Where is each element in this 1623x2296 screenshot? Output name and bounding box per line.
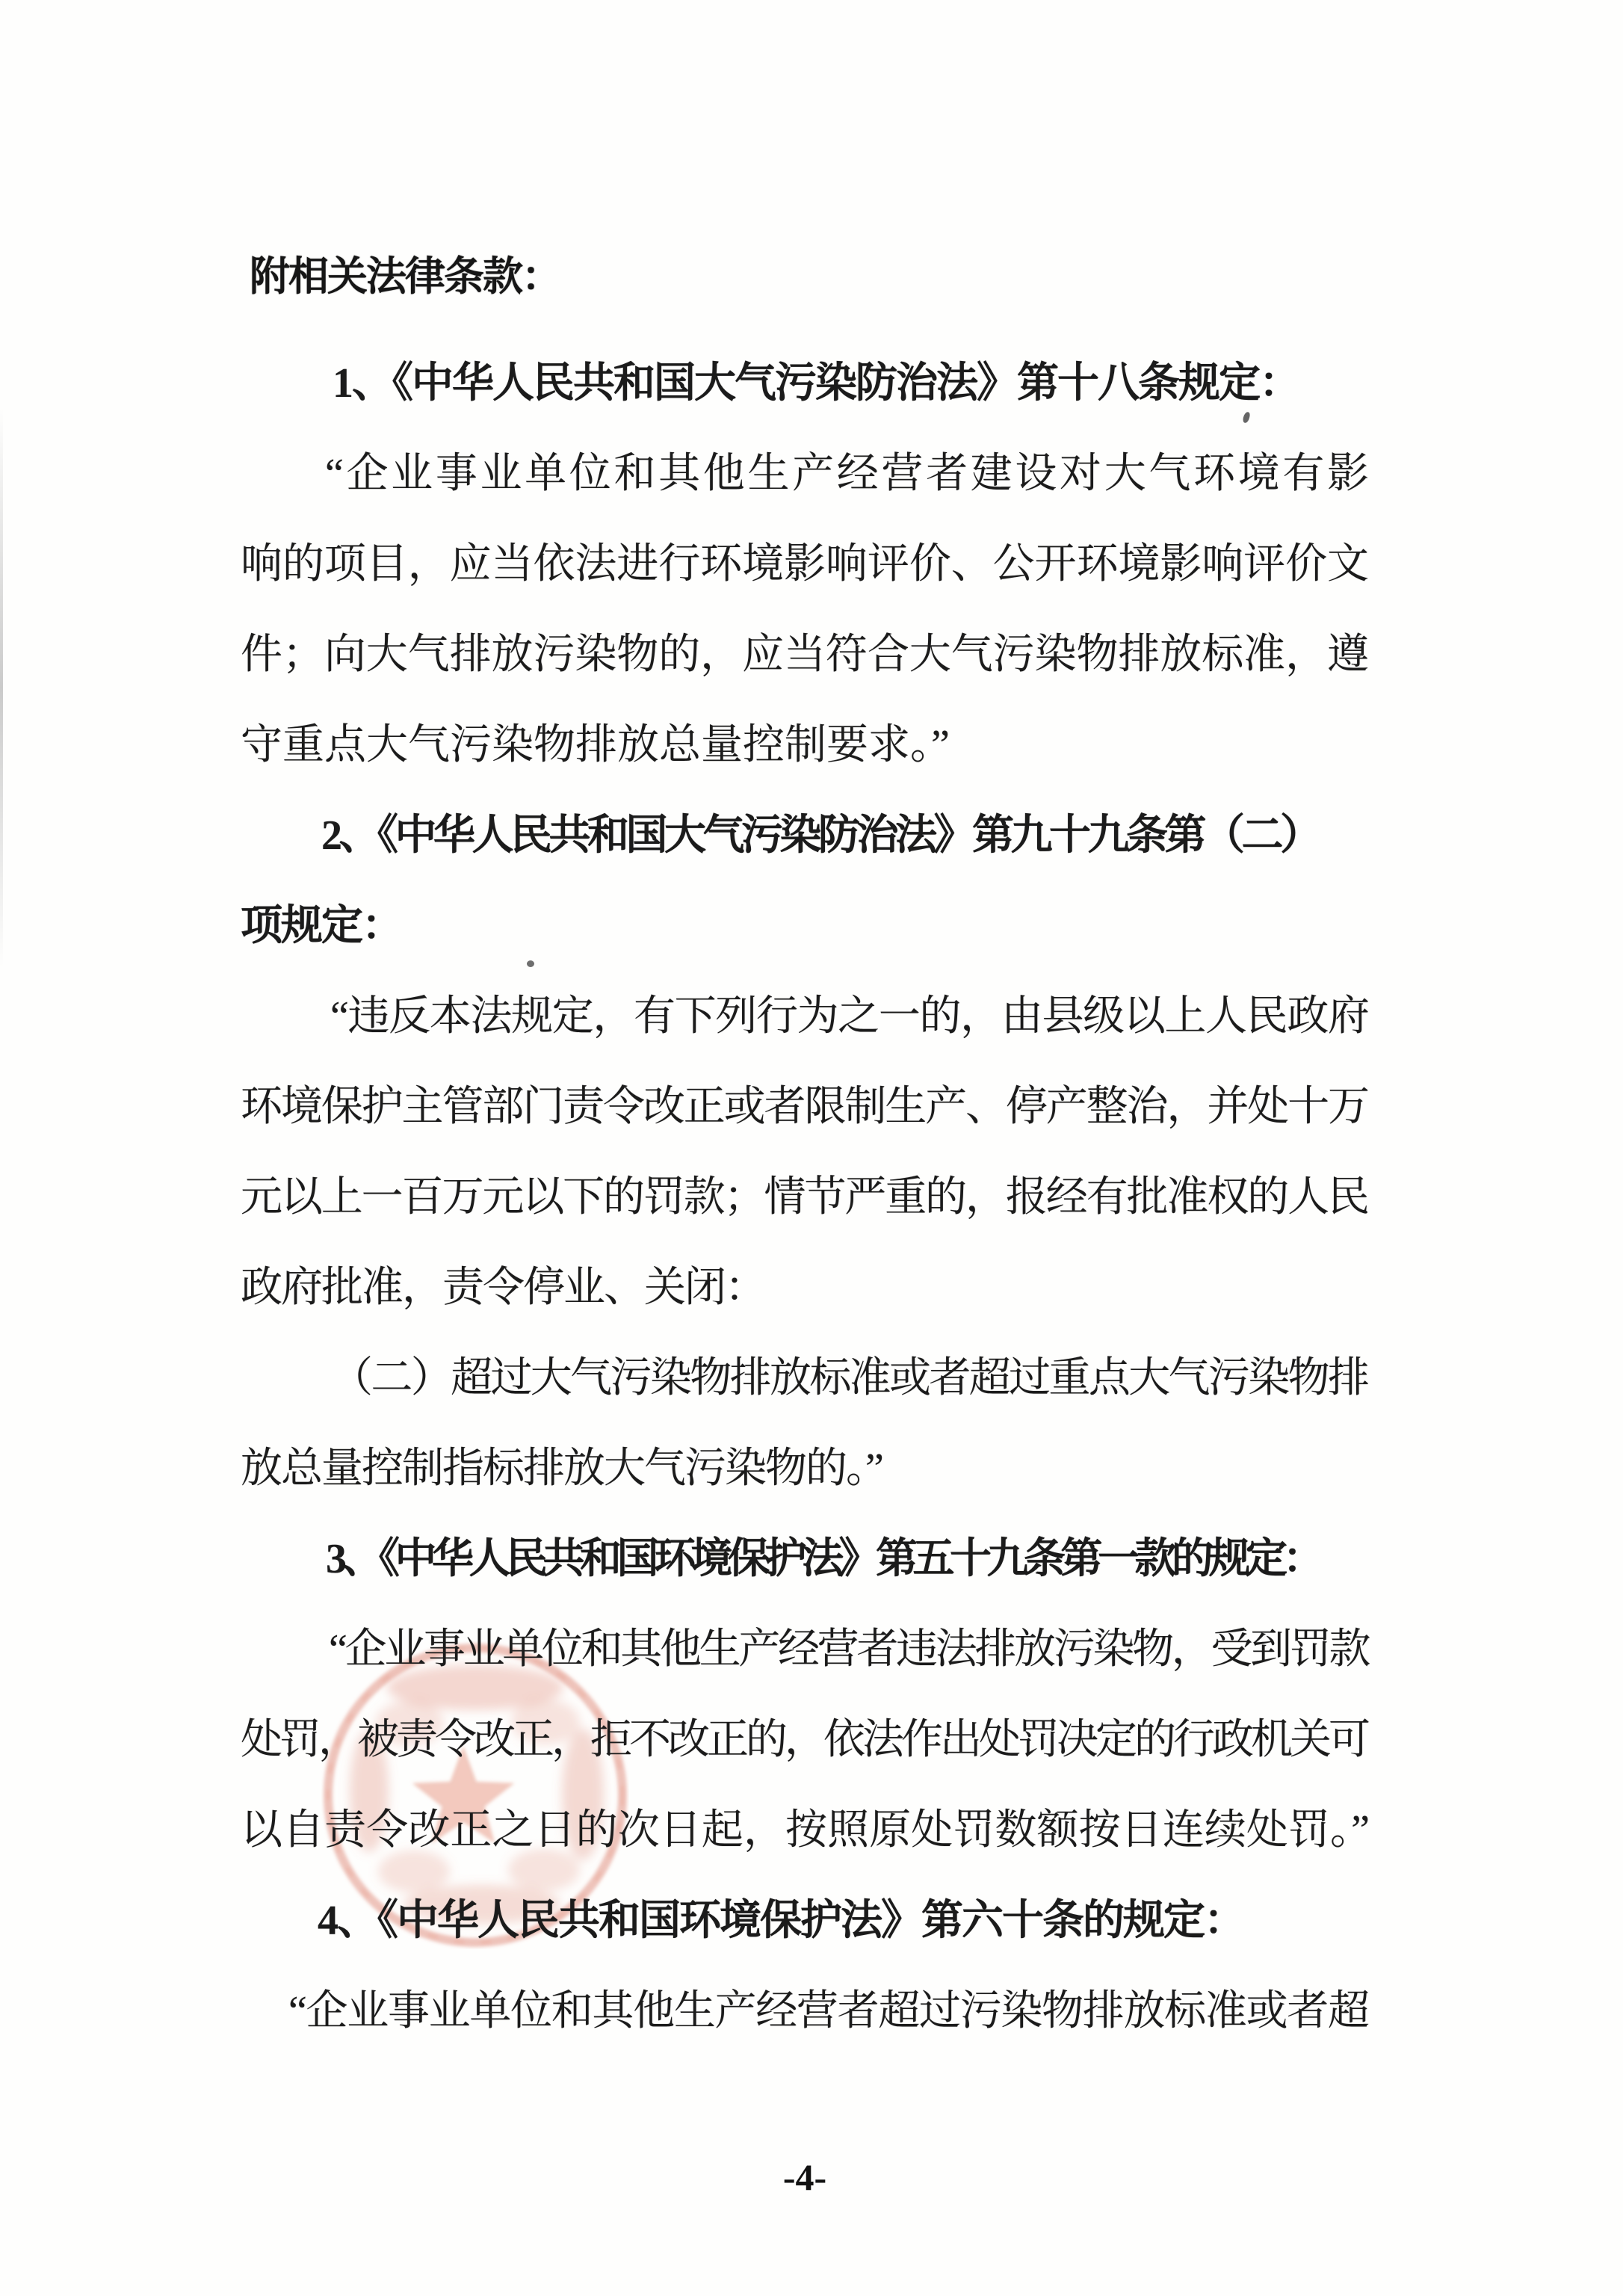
document-line: “企业事业单位和其他生产经营者建设对大气环境有影	[325, 447, 1367, 501]
document-line: “企业事业单位和其他生产经营者违法排放污染物，受到罚款	[329, 1623, 1367, 1676]
section-heading: 附相关法律条款：	[250, 249, 560, 304]
document-line: 处罚，被责令改正，拒不改正的，依法作出处罚决定的行政机关可	[241, 1713, 1367, 1767]
scan-speckle	[1242, 411, 1250, 423]
document-line: 元以上一百万元以下的罚款；情节严重的，报经有批准权的人民	[241, 1170, 1367, 1224]
document-line: “企业事业单位和其他生产经营者超过污染物排放标准或者超	[288, 1984, 1367, 2038]
statute-heading-line: 4、《中华人民共和国环境保护法》第六十条的规定：	[318, 1894, 1244, 1948]
page-number: -4-	[730, 2155, 879, 2199]
document-line: 以自责令改正之日的次日起，按照原处罚数额按日连续处罚。”	[241, 1803, 1367, 1857]
document-line: 政府批准，责令停业、关闭：	[241, 1261, 765, 1315]
scanned-document-page: 附相关法律条款： 1、《中华人民共和国大气污染防治法》第十八条规定： “企业事业…	[0, 0, 1623, 2296]
statute-heading-line: 1、《中华人民共和国大气污染防治法》第十八条规定：	[333, 357, 1299, 410]
statute-heading-line: 项规定：	[241, 899, 402, 953]
document-line: 守重点大气污染物排放总量控制要求。”	[241, 718, 950, 772]
document-line: “违反本法规定，有下列行为之一的，由县级以上人民政府	[330, 990, 1367, 1043]
document-line: 环境保护主管部门责令改正或者限制生产、停产整治，并处十万	[241, 1080, 1367, 1134]
document-line: 响的项目，应当依法进行环境影响评价、公开环境影响评价文	[241, 537, 1367, 591]
document-line: （二）超过大气污染物排放标准或者超过重点大气污染物排	[331, 1351, 1367, 1405]
scan-edge-artifact	[0, 407, 3, 968]
statute-heading-line: 3、《中华人民共和国环境保护法》第五十九条第一款的规定：	[326, 1532, 1320, 1586]
scan-speckle	[527, 960, 534, 967]
seal-text-remnants	[350, 1665, 604, 1924]
document-line: 放总量控制指标排放大气污染物的。”	[241, 1442, 882, 1496]
statute-heading-line: 2、《中华人民共和国大气污染防治法》第九十九条第（二）	[321, 809, 1319, 862]
document-line: 件；向大气排放污染物的，应当符合大气污染物排放标准，遵	[241, 628, 1367, 682]
